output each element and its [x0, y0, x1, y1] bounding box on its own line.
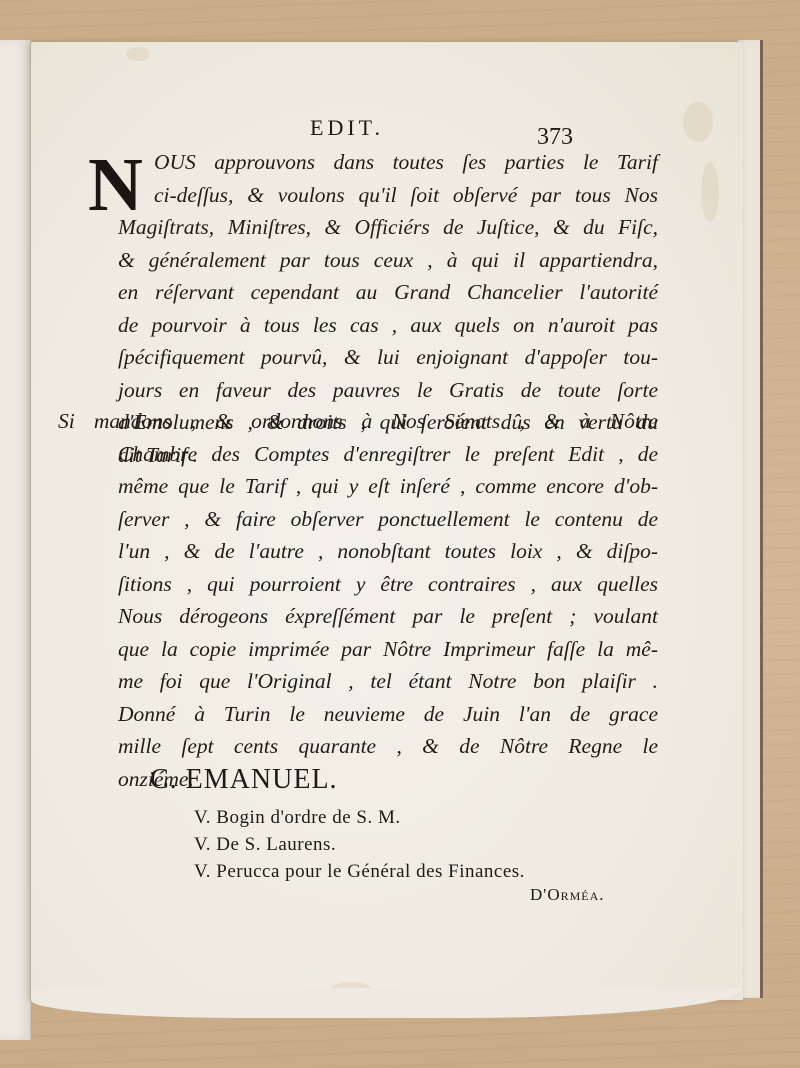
text-line: jours en faveur des pauvres le Gratis de… — [118, 374, 658, 407]
text-line: ſitions , qui pourroient y être contrair… — [58, 568, 658, 601]
minister-signature: D'Orméa. — [530, 885, 605, 905]
sovereign-signature: C. EMANUEL. — [150, 764, 525, 796]
countersignature: V. De S. Laurens. — [194, 831, 525, 858]
text-line: ci-deſſus, & voulons qu'il ſoit obſervé … — [118, 179, 658, 212]
text-line: OUS approuvons dans toutes ſes parties l… — [118, 146, 658, 179]
paragraph-mandate: Si mandons , & ordonnons à Nos Sénats , … — [58, 405, 658, 795]
text-line: ſerver , & faire obſerver ponctuellement… — [58, 503, 658, 536]
text-line: même que le Tarif , qui y eſt inſeré , c… — [58, 470, 658, 503]
text-line: ſpécifiquement pourvû, & lui enjoignant … — [118, 341, 658, 374]
page-header: EDIT. 373 — [0, 115, 800, 145]
text-line: Magiſtrats, Miniſtres, & Officiérs de Ju… — [118, 211, 658, 244]
countersignature: V. Perucca pour le Général des Finances. — [194, 858, 525, 885]
text-line: & généralement par tous ceux , à qui il … — [118, 244, 658, 277]
text-line: Nous dérogeons éxpreſſément par le preſe… — [58, 600, 658, 633]
text-line: en réſervant cependant au Grand Chanceli… — [118, 276, 658, 309]
text-line: Chambre des Comptes d'enregiſtrer le pre… — [58, 438, 658, 471]
text-line: de pourvoir à tous les cas , aux quels o… — [118, 309, 658, 342]
text-line: mille ſept cents quarante , & de Nôtre R… — [58, 730, 658, 763]
text-line: Donné à Turin le neuvieme de Juin l'an d… — [58, 698, 658, 731]
countersignature: V. Bogin d'ordre de S. M. — [194, 804, 525, 831]
text-line: l'un , & de l'autre , nonobſtant toutes … — [58, 535, 658, 568]
text-line: Si mandons , & ordonnons à Nos Sénats , … — [58, 405, 658, 438]
signature-block: C. EMANUEL. V. Bogin d'ordre de S. M. V.… — [150, 764, 525, 885]
text-line: me foi que l'Original , tel étant Notre … — [58, 665, 658, 698]
text-line: que la copie imprimée par Nôtre Imprimeu… — [58, 633, 658, 666]
running-title: EDIT. — [310, 115, 384, 141]
facing-page-edge — [0, 40, 31, 1040]
